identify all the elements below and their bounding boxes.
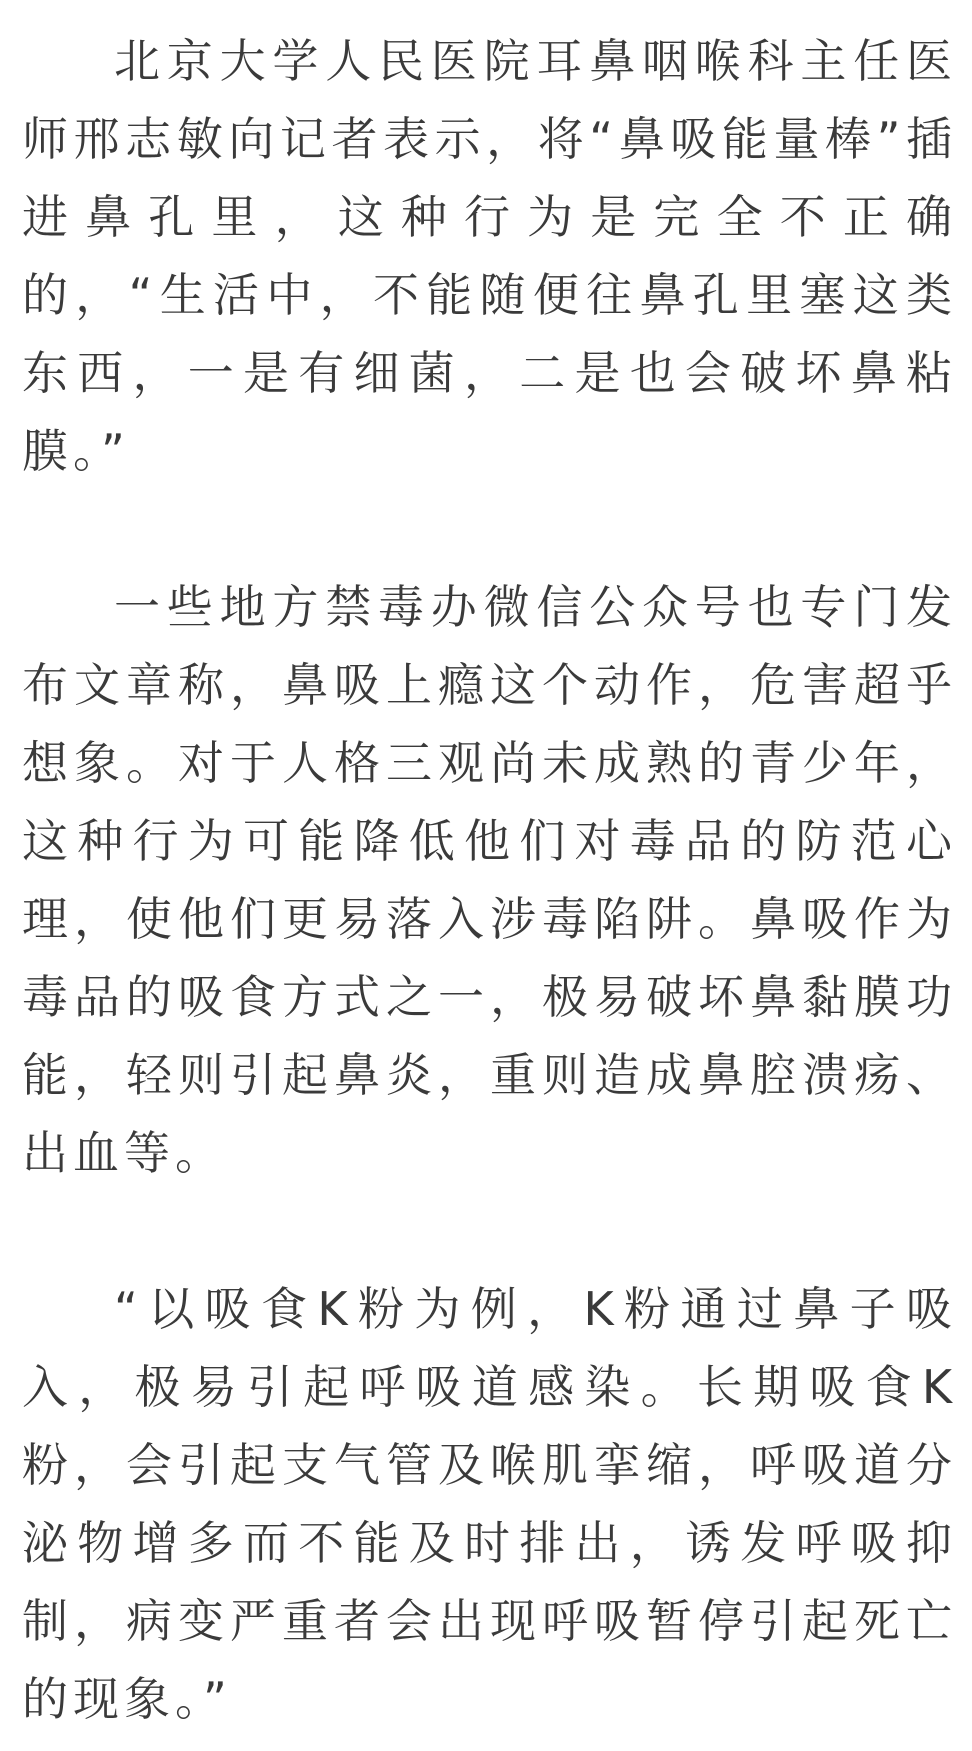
article-body: 北京大学人民医院耳鼻咽喉科主任医师邢志敏向记者表示，将“鼻吸能量棒”插进鼻孔里，… bbox=[22, 22, 957, 1738]
paragraph-doctor-quote: 北京大学人民医院耳鼻咽喉科主任医师邢志敏向记者表示，将“鼻吸能量棒”插进鼻孔里，… bbox=[22, 22, 957, 490]
paragraph-anti-drug-office: 一些地方禁毒办微信公众号也专门发布文章称，鼻吸上瘾这个动作，危害超乎想象。对于人… bbox=[22, 568, 957, 1192]
paragraph-k-powder-example: “以吸食K粉为例，K粉通过鼻子吸入，极易引起呼吸道感染。长期吸食K粉，会引起支气… bbox=[22, 1270, 957, 1738]
